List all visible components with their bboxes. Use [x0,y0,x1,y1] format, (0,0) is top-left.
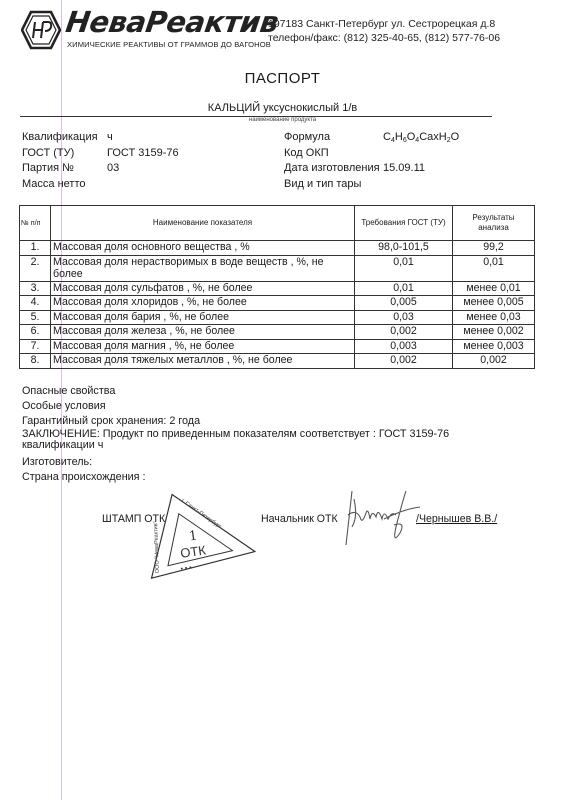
info-right: ФормулаC4H6O4CaxH2O Код ОКП Дата изготов… [284,130,459,192]
cell-requirement: 0,01 [355,281,453,296]
svg-text:г. Санкт-Петербург: г. Санкт-Петербург [180,498,222,530]
svg-text:1: 1 [188,528,198,544]
brand-name: НеваРеактив [64,6,281,38]
info-label: Квалификация [22,130,107,145]
info-qualification: Квалификацияч [22,130,179,146]
cell-name: Массовая доля тяжелых металлов , %, не б… [51,354,355,369]
note-shelf-life: Гарантийный срок хранения: 2 года [22,414,449,429]
table-row: 6.Массовая доля железа , %, не более0,00… [20,325,535,340]
cell-num: 6. [20,325,51,340]
table-row: 1.Массовая доля основного вещества , %98… [20,241,535,256]
product-caption: наименование продукта [0,117,565,123]
cell-result: 99,2 [453,241,535,256]
note-manufacturer: Изготовитель: [22,455,449,470]
company-phone: телефон/факс: (812) 325-40-65, (812) 577… [268,31,500,45]
cell-result: 0,002 [453,354,535,369]
cell-result: менее 0,002 [453,325,535,340]
cell-num: 1. [20,241,51,256]
cell-requirement: 98,0-101,5 [355,241,453,256]
cell-requirement: 0,002 [355,325,453,340]
svg-text:ОТК: ОТК [179,542,207,560]
info-value: ГОСТ 3159-76 [107,147,179,159]
otk-stamp-icon: 1 ОТК • • • ООО "НеваРеактив" г. Санкт-П… [140,485,260,585]
table-row: 2.Массовая доля нерастворимых в воде вещ… [20,255,535,281]
conclusion-line-2: квалификации ч [22,440,449,451]
info-value: 03 [107,162,119,174]
table-row: 8.Массовая доля тяжелых металлов , %, не… [20,354,535,369]
table-row: 3.Массовая доля сульфатов , %, не более0… [20,281,535,296]
info-label: ГОСТ (ТУ) [22,146,107,161]
chief-name: /Чернышев В.В./ [416,513,497,525]
info-label: Дата изготовления [284,161,383,176]
column-header-result: Результаты анализа [453,206,535,241]
cell-requirement: 0,005 [355,296,453,311]
info-label: Код ОКП [284,146,383,161]
info-value: ч [107,131,113,143]
cell-requirement: 0,002 [355,354,453,369]
cell-requirement: 0,03 [355,310,453,325]
cell-requirement: 0,01 [355,255,453,281]
cell-name: Массовая доля нерастворимых в воде вещес… [51,255,355,281]
column-header-num: № п/п [20,206,51,241]
cell-num: 5. [20,310,51,325]
table-row: 7.Массовая доля магния , %, не более0,00… [20,339,535,354]
note-special-conditions: Особые условия [22,399,449,414]
svg-text:ООО "НеваРеактив": ООО "НеваРеактив" [153,521,161,573]
cell-result: 0,01 [453,255,535,281]
brand-tagline: ХИМИЧЕСКИЕ РЕАКТИВЫ ОТ ГРАММОВ ДО ВАГОНО… [67,40,271,49]
company-contacts: 197183 Санкт-Петербург ул. Сестрорецкая … [268,17,500,45]
cell-name: Массовая доля бария , %, не более [51,310,355,325]
column-header-requirement: Требования ГОСТ (ТУ) [355,206,453,241]
cell-num: 4. [20,296,51,311]
signature-icon [344,487,422,549]
info-value: 15.09.11 [383,162,425,174]
info-label: Масса нетто [22,177,107,192]
info-package-type: Вид и тип тары [284,177,459,193]
info-label: Вид и тип тары [284,177,383,192]
product-name: КАЛЬЦИЙ уксуснокислый 1/в [0,102,565,114]
info-left: Квалификацияч ГОСТ (ТУ)ГОСТ 3159-76 Парт… [22,130,179,192]
note-origin: Страна происхождения : [22,470,449,485]
cell-name: Массовая доля железа , %, не более [51,325,355,340]
spec-table: № п/п Наименование показателя Требования… [19,205,535,369]
cell-result: менее 0,01 [453,281,535,296]
document-title: ПАСПОРТ [0,70,565,87]
cell-num: 8. [20,354,51,369]
note-hazard: Опасные свойства [22,384,449,399]
info-label: Партия № [22,161,107,176]
cell-name: Массовая доля сульфатов , %, не более [51,281,355,296]
cell-result: менее 0,003 [453,339,535,354]
column-header-name: Наименование показателя [51,206,355,241]
cell-num: 3. [20,281,51,296]
hexagon-np-logo-icon [21,10,61,50]
cell-result: менее 0,005 [453,296,535,311]
chief-label: Начальник ОТК [261,513,338,525]
info-manufacture-date: Дата изготовления15.09.11 [284,161,459,177]
svg-text:• • •: • • • [180,564,193,573]
chemical-formula: C4H6O4CaxH2O [383,131,459,143]
info-batch: Партия №03 [22,161,179,177]
cell-result: менее 0,03 [453,310,535,325]
info-label: Формула [284,130,383,145]
table-row: 4.Массовая доля хлоридов , %, не более0,… [20,296,535,311]
note-conclusion: ЗАКЛЮЧЕНИЕ: Продукт по приведенным показ… [22,429,449,451]
cell-requirement: 0,003 [355,339,453,354]
info-net-mass: Масса нетто [22,177,179,193]
cell-num: 7. [20,339,51,354]
info-formula: ФормулаC4H6O4CaxH2O [284,130,459,146]
info-okp-code: Код ОКП [284,146,459,162]
info-gost: ГОСТ (ТУ)ГОСТ 3159-76 [22,146,179,162]
cell-num: 2. [20,255,51,281]
table-row: 5.Массовая доля бария , %, не более0,03м… [20,310,535,325]
cell-name: Массовая доля магния , %, не более [51,339,355,354]
cell-name: Массовая доля основного вещества , % [51,241,355,256]
company-address: 197183 Санкт-Петербург ул. Сестрорецкая … [268,17,500,31]
notes-section: Опасные свойства Особые условия Гарантий… [22,384,449,485]
cell-name: Массовая доля хлоридов , %, не более [51,296,355,311]
table-header-row: № п/п Наименование показателя Требования… [20,206,535,241]
